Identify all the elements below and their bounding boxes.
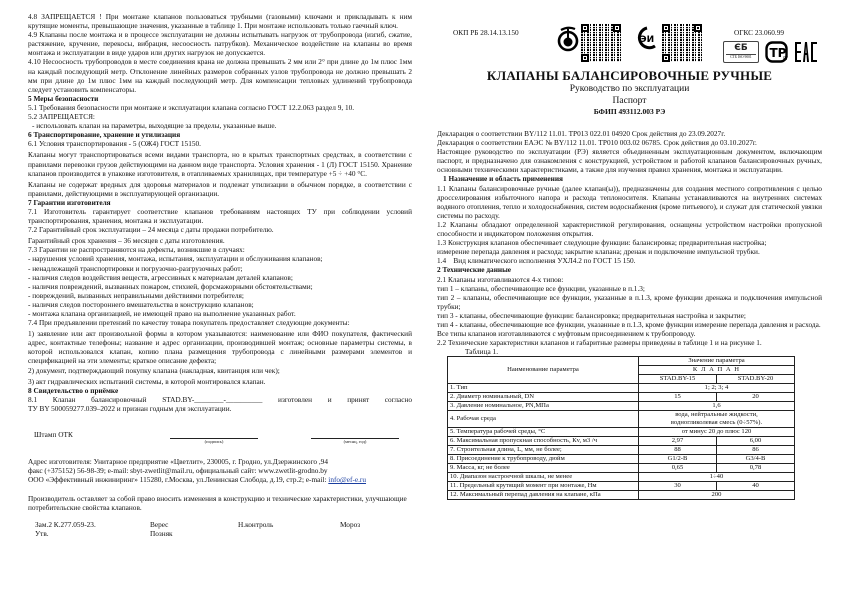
header-model-15: STAD.BY-15 — [639, 375, 717, 384]
sei-logo-icon: ЭИ — [633, 26, 659, 50]
parameter-value: 2,97 — [639, 437, 717, 446]
section-5-1: 5.1 Требования безопасности при монтаже … — [28, 103, 412, 112]
warranty-exclusion: - наличия следов воздействия веществ, аг… — [28, 273, 412, 282]
section-7-3: 7.3 Гарантии не распространяются на дефе… — [28, 245, 412, 254]
parameter-name: 11. Предельный крутящий момент при монта… — [448, 482, 639, 491]
parameter-value: G3/4-B — [716, 455, 794, 464]
approved-label: Утв. — [35, 529, 150, 538]
parameter-value: 30 — [639, 482, 717, 491]
table-row: 1. Тип1; 2; 3; 4 — [448, 384, 795, 393]
svg-text:BY: BY — [783, 56, 789, 61]
section-7-1: 7.1 Изготовитель гарантирует соответстви… — [28, 207, 412, 225]
revision-number: Зам.2 К.277.059-23. — [35, 520, 150, 529]
parameter-value: 6,00 — [716, 437, 794, 446]
signature-field[interactable]: (подпись) — [170, 436, 258, 445]
parameter-value: 15 — [639, 393, 717, 402]
valve-logo-icon — [557, 26, 579, 52]
parameter-name: 8. Присоединение к трубопроводу, дюйм — [448, 455, 639, 464]
distributor-email-link[interactable]: info@ef-e.ru — [328, 475, 366, 484]
document-subtitle-manual: Руководство по эксплуатации — [437, 83, 822, 95]
parameter-name: 10. Диапазон настроечной шкалы, не менее — [448, 473, 639, 482]
stb-iso-9001-icon: ЄБ СТБ ISO 9001 — [723, 41, 759, 63]
signature-caption: (подпись) — [170, 438, 258, 445]
manufacturer-address: Адрес изготовителя: Унитарное предприяти… — [28, 457, 412, 466]
section-6-disposal: Клапаны не содержат вредных для здоровья… — [28, 180, 412, 198]
table-row: 3. Давление номинальное, PN,МПа1,6 — [448, 402, 795, 411]
section-6-transport: Клапаны могут транспортироваться всеми в… — [28, 150, 412, 177]
parameter-value: G1/2-B — [639, 455, 717, 464]
table-row: 11. Предельный крутящий момент при монта… — [448, 482, 795, 491]
qr-code-icon[interactable] — [662, 24, 702, 62]
parameter-name: 6. Максимальная пропускная способность, … — [448, 437, 639, 446]
parameter-value: 0,65 — [639, 464, 717, 473]
warranty-exclusion: - наличия повреждений, вызванных пожаром… — [28, 282, 412, 291]
valve-type: тип 4 - клапаны, обеспечивающие все функ… — [437, 320, 822, 329]
ogks-code: ОГКС 23.060.99 — [734, 28, 784, 37]
table-row: 6. Максимальная пропускная способность, … — [448, 437, 795, 446]
parameter-value: 0,78 — [716, 464, 794, 473]
section-7-2: 7.2 Гарантийный срок эксплуатации – 24 м… — [28, 225, 412, 234]
section-4-8: 4.8 ЗАПРЕЩАЕТСЯ ! При монтаже клапанов п… — [28, 12, 412, 30]
parameter-name: 7. Строительная длина, L, мм, не более; — [448, 446, 639, 455]
header-model-20: STAD.BY-20 — [716, 375, 794, 384]
otk-stamp-label: Штамп ОТК — [34, 430, 73, 439]
parameter-name: 2. Диаметр номинальный, DN — [448, 393, 639, 402]
parameter-value: от минус 20 до плюс 120 — [639, 428, 795, 437]
document-subtitle-passport: Паспорт — [437, 95, 822, 107]
date-field[interactable]: (месяц, год) — [311, 436, 399, 445]
tr-by-mark-icon: TP BY — [765, 41, 791, 63]
manufacturer-contacts: факс (+375152) 56-98-39; e-mail: sbyt-zw… — [28, 466, 412, 475]
warranty-exclusion: - повреждений, вызванных неправильными д… — [28, 291, 412, 300]
header-parameter-value: Значение параметра — [639, 357, 795, 366]
section-1-heading: 1 Назначение и область применения — [437, 174, 822, 183]
document-code: БФИП 493112.003 РЭ — [437, 107, 822, 117]
section-7-heading: 7 Гарантии изготовителя — [28, 198, 412, 207]
warranty-exclusion: - нарушения условий хранения, монтажа, и… — [28, 254, 412, 263]
table-row: 8. Присоединение к трубопроводу, дюймG1/… — [448, 455, 795, 464]
section-8-heading: 8 Свидетельство о приёмке — [28, 386, 412, 395]
section-2-heading: 2 Технические данные — [437, 265, 822, 274]
section-4-9: 4.9 Клапаны после монтажа и в процессе э… — [28, 30, 412, 57]
parameter-value: 1÷40 — [639, 473, 795, 482]
eac-mark-icon — [795, 42, 817, 62]
table-caption: Таблица 1. — [437, 347, 822, 356]
parameter-name: 1. Тип — [448, 384, 639, 393]
section-2-1-connection: Все типы клапанов изготавливаются с муфт… — [437, 329, 822, 338]
parameter-value: вода, нейтральные жидкости, водногликоле… — [639, 411, 795, 428]
section-5-2: 5.2 ЗАПРЕЩАЕТСЯ: — [28, 112, 412, 121]
acceptance-line-2: ТУ BY 500059277.039–2022 и признан годны… — [28, 404, 412, 413]
norm-control-name: Мороз — [340, 520, 420, 529]
section-6-1: 6.1 Условия транспортирования - 5 (ОЖ4) … — [28, 139, 412, 148]
disclaimer: Производитель оставляет за собой право в… — [28, 494, 412, 512]
svg-text:ЭИ: ЭИ — [640, 35, 654, 45]
header-logos: ОКП РБ 28.14.13.150 ЭИ ОГКС 23.060.99 ЄБ… — [437, 0, 822, 62]
left-column: 4.8 ЗАПРЕЩАЕТСЯ ! При монтаже клапанов п… — [28, 12, 412, 538]
revision-author: Верес — [150, 520, 238, 529]
claim-document: 3) акт гидравлических испытаний системы,… — [28, 377, 412, 386]
section-6-heading: 6 Транспортирование, хранение и утилизац… — [28, 130, 412, 139]
parameter-name: 9. Масса, кг, не более — [448, 464, 639, 473]
section-1-4: 1.4 Вид климатического исполнения УХЛ4.2… — [437, 256, 822, 265]
date-caption: (месяц, год) — [311, 438, 399, 445]
warranty-exclusion: - монтажа клапана организацией, не имеющ… — [28, 309, 412, 318]
claim-document: 2) документ, подтверждающий покупку клап… — [28, 366, 412, 375]
signature-block: Штамп ОТК (подпись) (месяц, год) — [28, 413, 412, 457]
table-row: 7. Строительная длина, L, мм, не более;8… — [448, 446, 795, 455]
parameter-name: 5. Температура рабочей среды, °С — [448, 428, 639, 437]
section-1-3a: 1.3 Конструкция клапанов обеспечивает сл… — [437, 238, 822, 247]
table-row: 12. Максимальный перепад давления на кла… — [448, 491, 795, 500]
qr-code-icon[interactable] — [581, 24, 621, 62]
parameter-value: 86 — [716, 446, 794, 455]
section-1-2: 1.2 Клапаны обладают определенной характ… — [437, 220, 822, 238]
valve-type: тип 2 – клапаны, обеспечивающие все функ… — [437, 293, 822, 311]
section-1-3b: измерение перепада давления и расхода; з… — [437, 247, 822, 256]
intro-paragraph: Настоящее руководство по эксплуатации (Р… — [437, 147, 822, 174]
revision-footer: Зам.2 К.277.059-23. Верес Н.контроль Мор… — [35, 520, 412, 538]
table-row: 9. Масса, кг, не более0,650,78 — [448, 464, 795, 473]
section-2-2: 2.2 Технические характеристики клапанов … — [437, 338, 822, 347]
section-7-4: 7.4 При предъявлении претензий по качест… — [28, 318, 412, 327]
acceptance-line-1: 8.1 Клапан балансировочный STAD.BY-_____… — [28, 395, 412, 404]
declaration-2: Декларация о соответствии ЕАЭС № BY/112 … — [437, 138, 822, 147]
valve-type: тип 3 - клапаны, обеспечивающие функции:… — [437, 311, 822, 320]
parameter-value: 20 — [716, 393, 794, 402]
section-5-heading: 5 Меры безопасности — [28, 94, 412, 103]
table-row: 5. Температура рабочей среды, °Сот минус… — [448, 428, 795, 437]
specs-table: Наименование параметра Значение параметр… — [447, 356, 795, 500]
distributor-address-text: ООО «Эффективный инжиниринг» 115280, г.М… — [28, 475, 328, 484]
parameter-value: 88 — [639, 446, 717, 455]
parameter-value: 40 — [716, 482, 794, 491]
section-4-10: 4.10 Несоосность трубопроводов в месте с… — [28, 57, 412, 93]
okp-code: ОКП РБ 28.14.13.150 — [453, 28, 519, 37]
warranty-exclusion: - ненадлежащей транспортировки и погрузо… — [28, 264, 412, 273]
section-1-1: 1.1 Клапаны балансировочные ручные (дале… — [437, 184, 822, 220]
section-7-2-storage: Гарантийный срок хранения – 36 месяцев с… — [28, 236, 412, 245]
table-row: 2. Диаметр номинальный, DN1520 — [448, 393, 795, 402]
right-column: ОКП РБ 28.14.13.150 ЭИ ОГКС 23.060.99 ЄБ… — [437, 0, 822, 500]
norm-control-label: Н.контроль — [238, 520, 340, 529]
parameter-name: 12. Максимальный перепад давления на кла… — [448, 491, 639, 500]
section-2-1: 2.1 Клапаны изготавливаются 4-х типов: — [437, 275, 822, 284]
header-parameter-name: Наименование параметра — [448, 357, 639, 384]
parameter-name: 3. Давление номинальное, PN,МПа — [448, 402, 639, 411]
warranty-exclusion: - наличия следов постороннего вмешательс… — [28, 300, 412, 309]
parameter-value: 1; 2; 3; 4 — [639, 384, 795, 393]
declaration-1: Декларация о соответствии BY/112 11.01. … — [437, 129, 822, 138]
header-valve: К Л А П А Н — [639, 366, 795, 375]
section-5-2-item: - использовать клапан на параметры, выхо… — [28, 121, 412, 130]
distributor-address: ООО «Эффективный инжиниринг» 115280, г.М… — [28, 475, 412, 484]
parameter-name: 4. Рабочая среда — [448, 411, 639, 428]
valve-type: тип 1 – клапаны, обеспечивающие все функ… — [437, 284, 822, 293]
claim-document: 1) заявление или акт произвольной формы … — [28, 329, 412, 365]
table-row: 10. Диапазон настроечной шкалы, не менее… — [448, 473, 795, 482]
approved-by: Позняк — [150, 529, 238, 538]
parameter-value: 200 — [639, 491, 795, 500]
document-title: КЛАПАНЫ БАЛАНСИРОВОЧНЫЕ РУЧНЫЕ — [437, 68, 822, 83]
parameter-value: 1,6 — [639, 402, 795, 411]
table-row: 4. Рабочая средавода, нейтральные жидкос… — [448, 411, 795, 428]
